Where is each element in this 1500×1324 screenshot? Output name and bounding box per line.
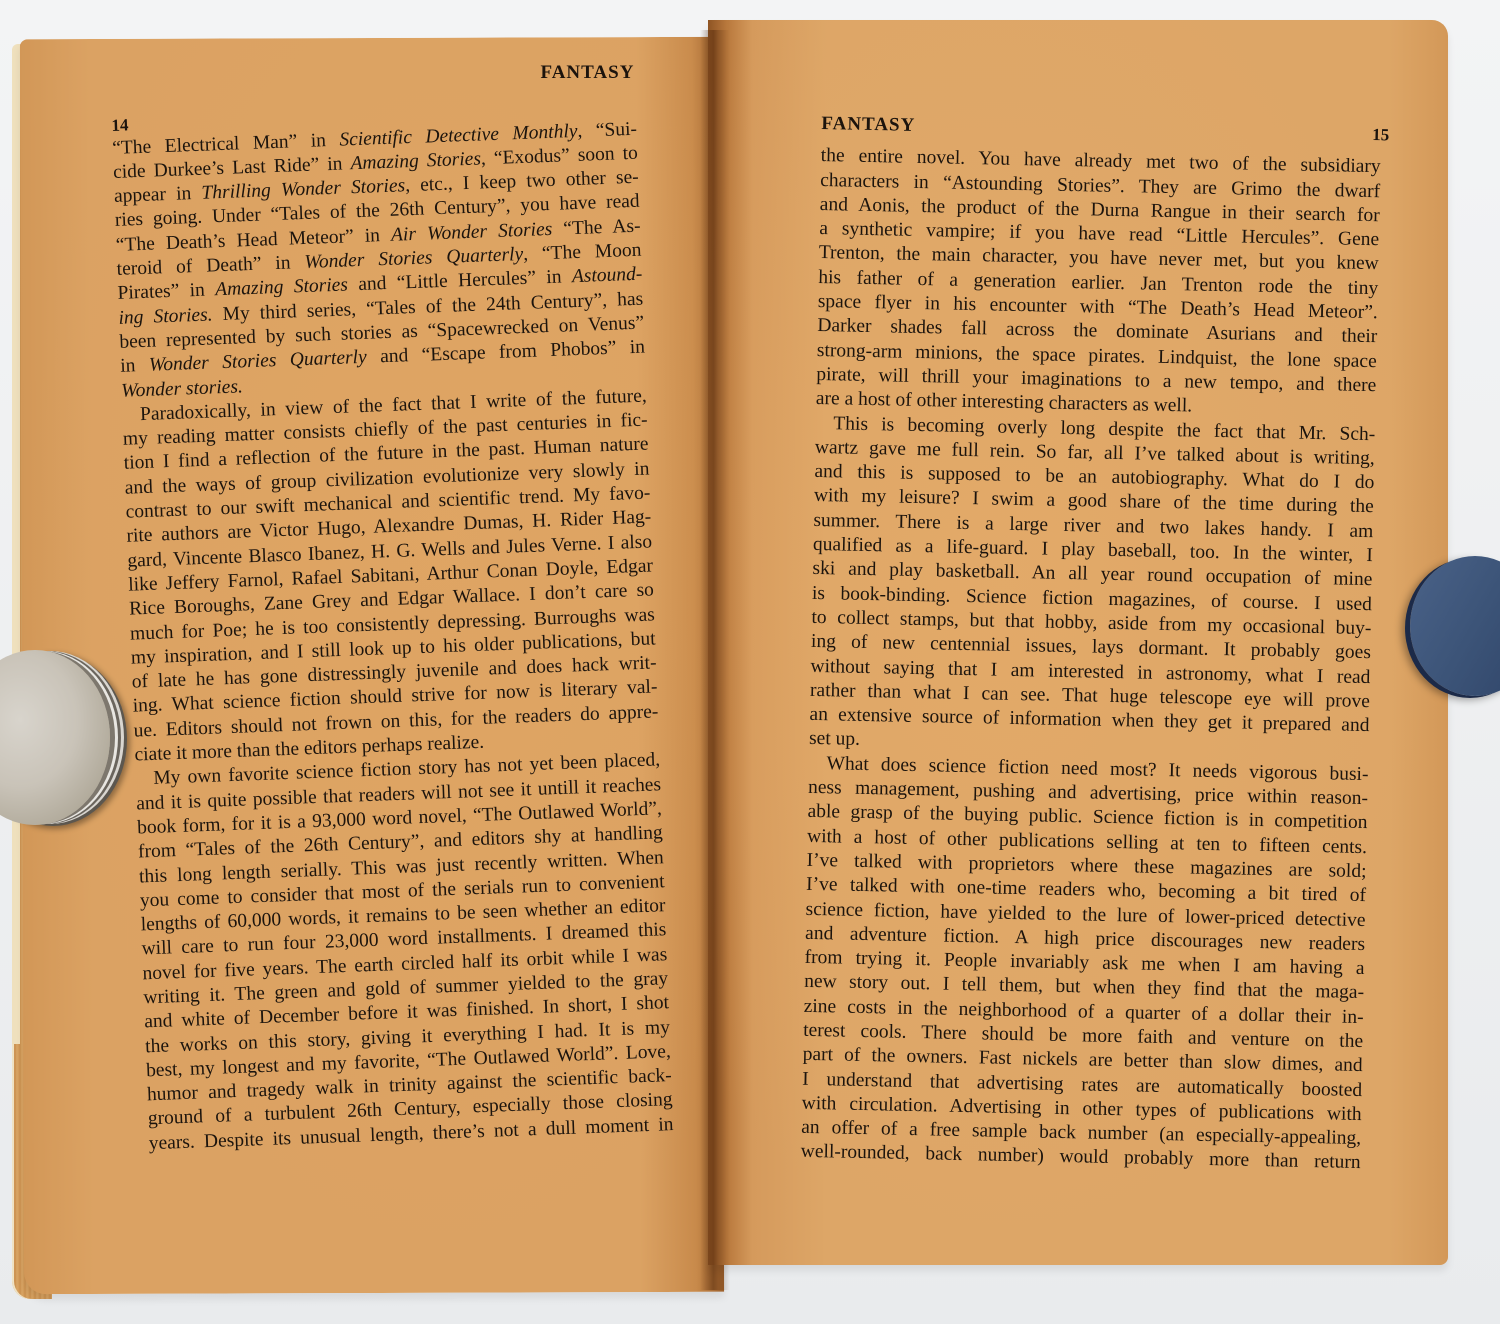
left-body-text: “The Electrical Man” in Scientific Detec…	[112, 117, 674, 1156]
right-running-head: FANTASY	[821, 112, 915, 138]
left-running-head: FANTASY	[109, 61, 634, 85]
left-page-text: FANTASY 14 “The Electrical Man” in Scien…	[110, 67, 674, 1157]
right-page-text: FANTASY 15 the entire novel. You have al…	[801, 94, 1382, 1176]
cover-edge	[12, 44, 20, 1044]
right-page-number: 15	[1372, 123, 1389, 148]
spine-gutter	[700, 30, 730, 1290]
right-body-text: the entire novel. You have already met t…	[801, 144, 1381, 1176]
photo-scene: FANTASY 14 “The Electrical Man” in Scien…	[0, 0, 1500, 1324]
